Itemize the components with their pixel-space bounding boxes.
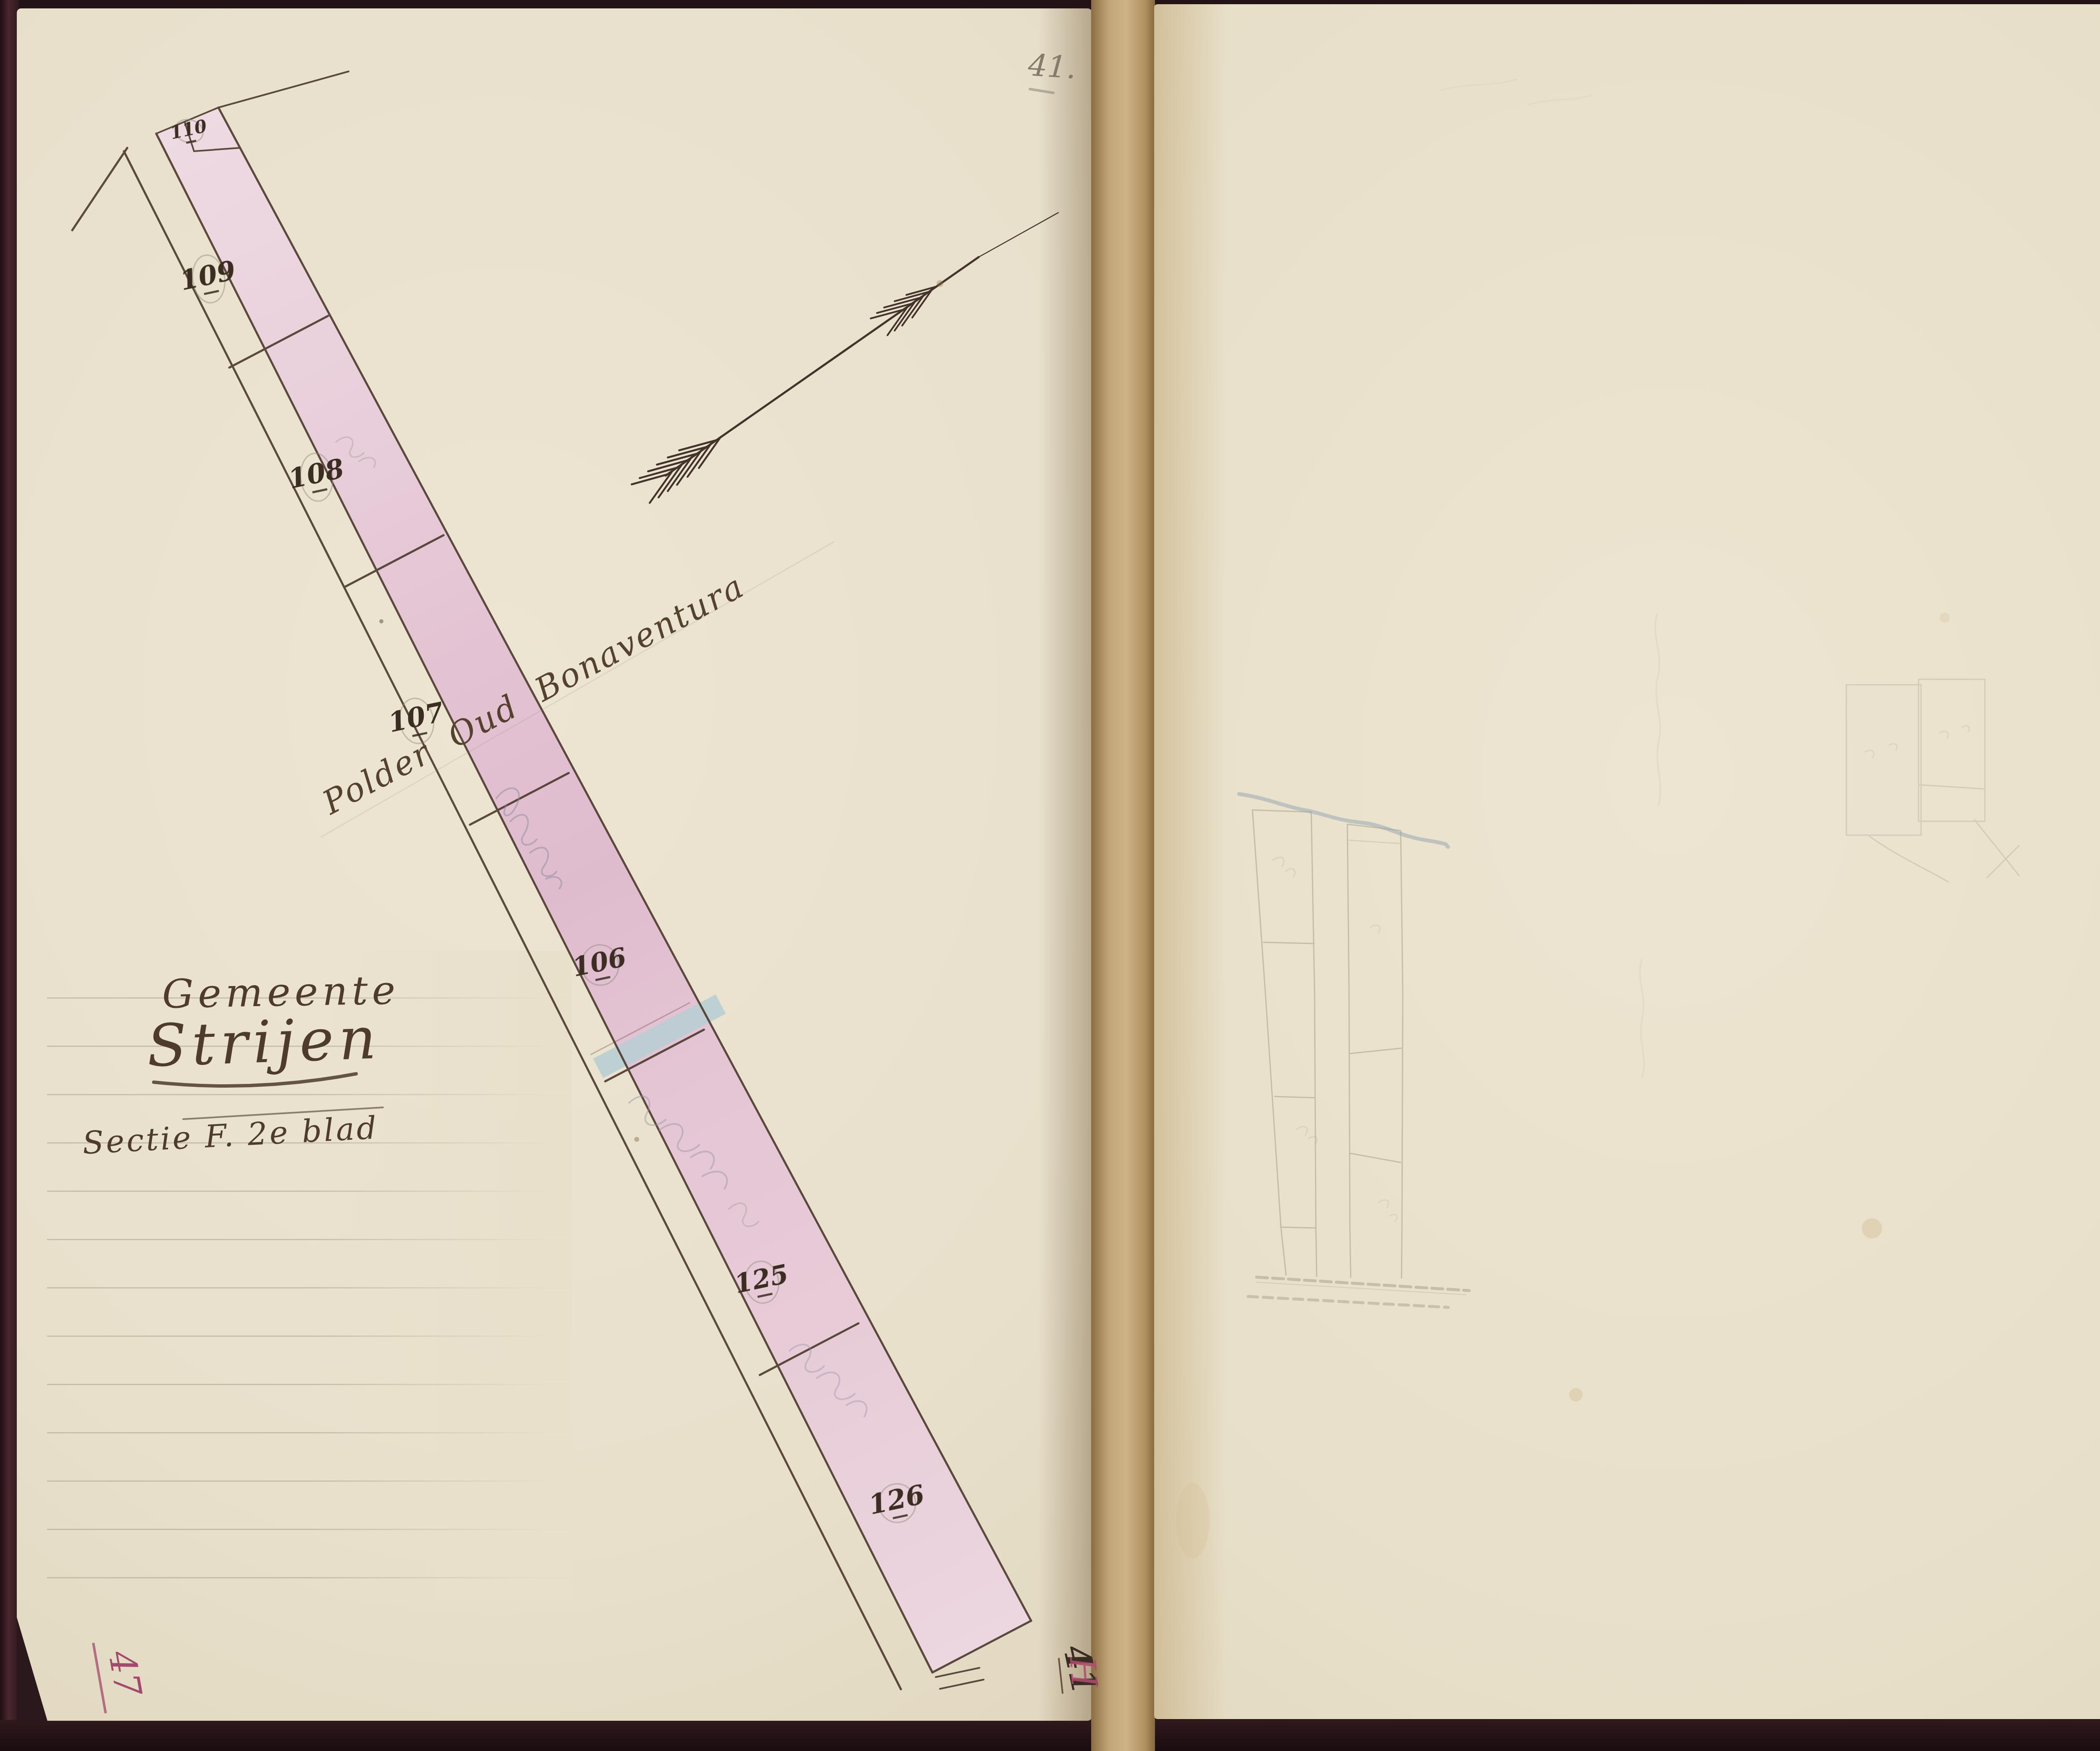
parcel-strip <box>156 108 1031 1672</box>
scanned-book-spread: 110 109 108 107 106 125 126 41. Polder O… <box>0 0 2100 1751</box>
strip-end-line <box>940 1680 984 1689</box>
north-arrow-icon <box>632 213 1058 503</box>
road-band-outer-line <box>124 151 901 1689</box>
page-number-underline <box>1030 89 1053 93</box>
strip-left-edge <box>156 134 932 1672</box>
strip-end-line <box>936 1668 979 1677</box>
gutter-mark-red-overlay: H <box>1062 1655 1105 1689</box>
right-page-pencil-sketch <box>1252 810 1403 1278</box>
sketch-wavy-blue-line <box>1239 794 1448 847</box>
strip-right-edge <box>218 108 1031 1621</box>
pencil-page-number: 41. <box>1027 47 1077 86</box>
sketch-top-right-parcels <box>1846 679 2019 882</box>
map-drawing-layer <box>0 0 2100 1751</box>
sketch-hatched-baseline <box>1248 1277 1469 1307</box>
boundary-spur <box>72 148 127 230</box>
sketch-faint-marks <box>1273 79 1969 1221</box>
municipality-name: Strijen <box>146 1004 382 1080</box>
